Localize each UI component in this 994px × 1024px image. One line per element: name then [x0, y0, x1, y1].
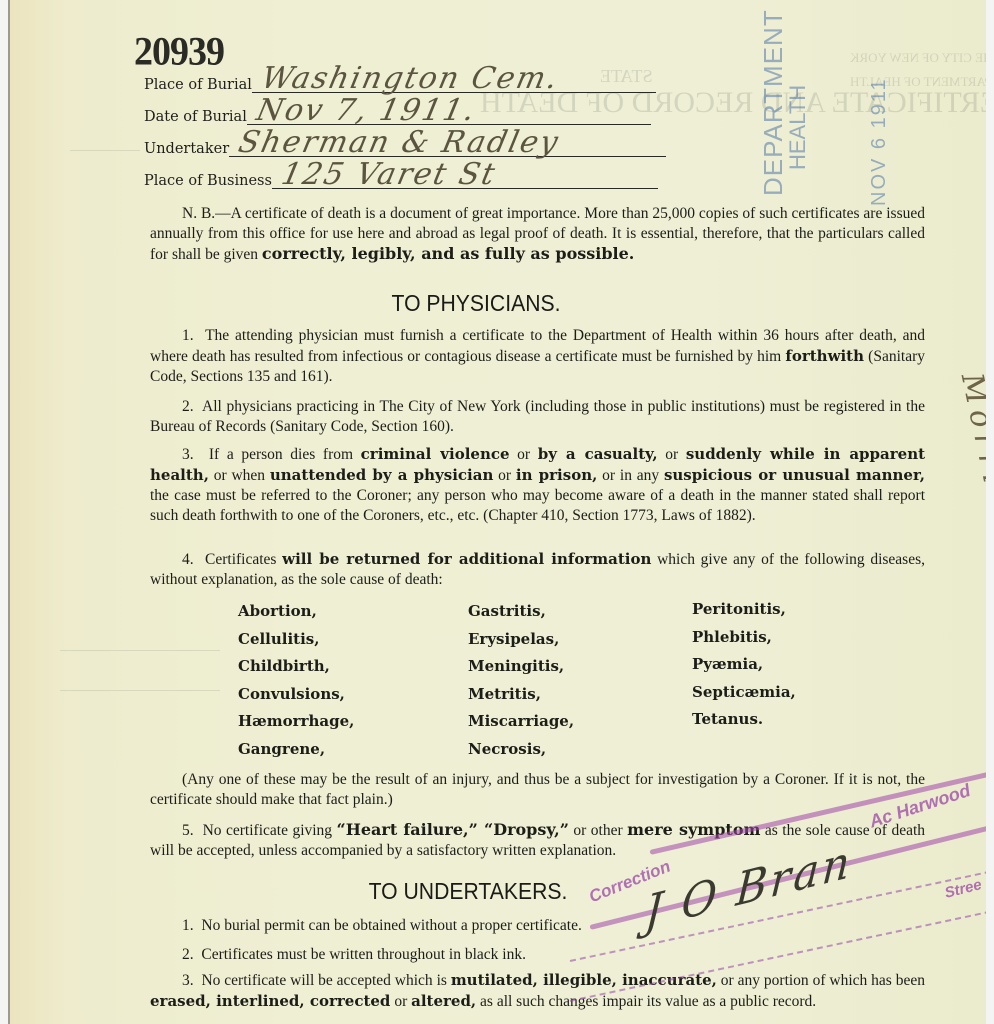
field-line: Washington Cem.	[252, 74, 656, 93]
disease-item: Childbirth,	[238, 653, 354, 681]
field-undertaker: Undertaker Sherman & Radley	[144, 138, 666, 157]
disease-item: Meningitis,	[468, 653, 574, 681]
undertakers-item-3: 3. No certificate will be accepted which…	[150, 970, 925, 1012]
disease-list-col-2: Gastritis, Erysipelas, Meningitis, Metri…	[468, 598, 574, 763]
field-label: Date of Burial	[144, 109, 247, 125]
ghost-line	[60, 650, 220, 651]
serial-number: 20939	[134, 29, 224, 75]
disease-item: Pyæmia,	[692, 651, 796, 679]
health-stamp: HEALTH	[785, 85, 811, 170]
field-place-of-business: Place of Business 125 Varet St	[144, 170, 658, 189]
field-value-handwritten: 125 Varet St	[278, 157, 499, 192]
field-place-of-burial: Place of Burial Washington Cem.	[144, 74, 656, 93]
undertakers-item-1: 1. No burial permit can be obtained with…	[150, 916, 925, 936]
field-value-handwritten: Washington Cem.	[258, 61, 562, 96]
disease-list-col-1: Abortion, Cellulitis, Childbirth, Convul…	[238, 598, 354, 763]
physicians-item-2: 2. All physicians practicing in The City…	[150, 397, 925, 437]
field-line: 125 Varet St	[272, 170, 658, 189]
ghost-text-city: THE CITY OF NEW YORK	[850, 50, 986, 66]
field-date-of-burial: Date of Burial Nov 7, 1911.	[144, 106, 651, 125]
field-label: Place of Burial	[144, 77, 252, 93]
disease-item: Convulsions,	[238, 681, 354, 709]
disease-item: Hæmorrhage,	[238, 708, 354, 736]
physicians-item-1: 1. The attending physician must furnish …	[150, 326, 925, 387]
date-stamp: NOV 6 1911	[868, 77, 891, 206]
disease-item: Peritonitis,	[692, 596, 796, 624]
physicians-note: (Any one of these may be the result of a…	[150, 770, 925, 810]
disease-item: Abortion,	[238, 598, 354, 626]
physicians-item-3: 3. If a person dies from criminal violen…	[150, 444, 925, 526]
margin-handwriting: Morris Fielohman 80 Bayard St	[954, 370, 986, 1017]
disease-item: Gangrene,	[238, 736, 354, 764]
disease-item: Metritis,	[468, 681, 574, 709]
field-value-handwritten: Nov 7, 1911.	[253, 93, 479, 128]
disease-item: Erysipelas,	[468, 626, 574, 654]
field-label: Place of Business	[144, 173, 272, 189]
nb-emphasis: correctly, legibly, and as fully as poss…	[262, 244, 634, 263]
field-line: Nov 7, 1911.	[247, 106, 651, 125]
disease-item: Cellulitis,	[238, 626, 354, 654]
undertakers-item-2: 2. Certificates must be written througho…	[150, 945, 925, 965]
disease-list-col-3: Peritonitis, Phlebitis, Pyæmia, Septicæm…	[692, 596, 796, 734]
disease-item: Phlebitis,	[692, 624, 796, 652]
disease-item: Necrosis,	[468, 736, 574, 764]
disease-item: Septicæmia,	[692, 679, 796, 707]
disease-item: Miscarriage,	[468, 708, 574, 736]
field-value-handwritten: Sherman & Radley	[235, 125, 563, 160]
ghost-line	[70, 150, 140, 151]
field-line: Sherman & Radley	[229, 138, 666, 157]
physicians-heading: TO PHYSICIANS.	[27, 290, 925, 317]
field-label: Undertaker	[144, 141, 229, 157]
physicians-item-4: 4. Certificates will be returned for add…	[150, 549, 925, 590]
disease-item: Tetanus.	[692, 706, 796, 734]
nb-note: N. B.—A certificate of death is a docume…	[150, 204, 925, 265]
ghost-line	[60, 690, 220, 691]
disease-item: Gastritis,	[468, 598, 574, 626]
death-certificate-page: STATE CERTIFICATE AND RECORD OF DEATH TH…	[8, 0, 986, 1024]
